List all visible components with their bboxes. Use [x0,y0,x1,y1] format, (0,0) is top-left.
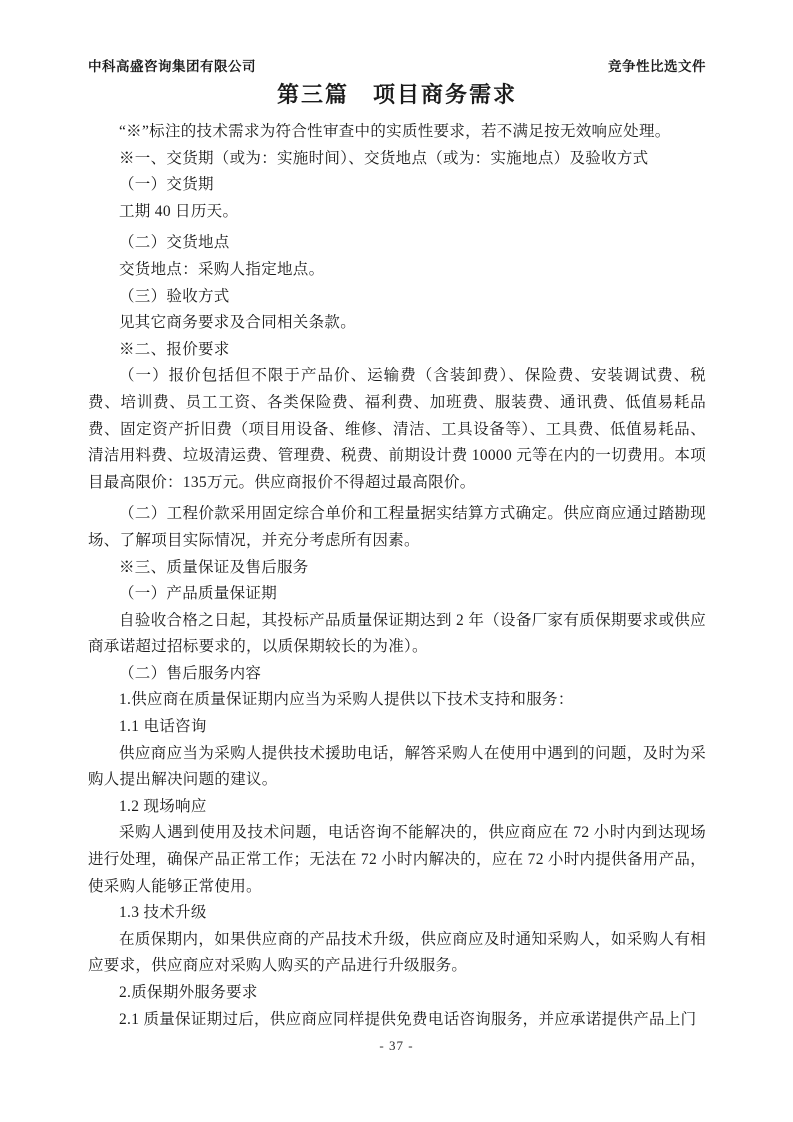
heading-acceptance-method: （三）验收方式 [88,284,706,311]
paragraph-note-substantive-requirement: “※”标注的技术需求为符合性审查中的实质性要求，若不满足按无效响应处理。 [88,119,706,146]
heading-phone-consultation: 1.1 电话咨询 [88,714,706,741]
header-company-name: 中科高盛咨询集团有限公司 [88,58,256,76]
heading-technical-upgrade: 1.3 技术升级 [88,900,706,927]
page-header: 中科高盛咨询集团有限公司 竞争性比选文件 [88,58,706,76]
section-title: 第三篇 项目商务需求 [88,80,706,110]
paragraph-warranty-period-detail: 自验收合格之日起，其投标产品质量保证期达到 2 年（设备厂家有质保期要求或供应商… [88,608,706,661]
paragraph-out-of-warranty-detail: 2.1 质量保证期过后，供应商应同样提供免费电话咨询服务，并应承诺提供产品上门 [88,1007,706,1034]
heading-delivery-period: （一）交货期 [88,172,706,199]
heading-quotation-requirements: ※二、报价要求 [88,337,706,364]
document-body: “※”标注的技术需求为符合性审查中的实质性要求，若不满足按无效响应处理。 ※一、… [88,119,706,1033]
heading-delivery-terms: ※一、交货期（或为：实施时间）、交货地点（或为：实施地点）及验收方式 [88,146,706,173]
paragraph-technical-upgrade-detail: 在质保期内，如果供应商的产品技术升级，供应商应及时通知采购人，如采购人有相应要求… [88,927,706,980]
paragraph-support-services-intro: 1.供应商在质量保证期内应当为采购人提供以下技术支持和服务： [88,687,706,714]
heading-product-warranty-period: （一）产品质量保证期 [88,581,706,608]
heading-delivery-place: （二）交货地点 [88,230,706,257]
paragraph-phone-consultation-detail: 供应商应当为采购人提供技术援助电话，解答采购人在使用中遇到的问题，及时为采购人提… [88,741,706,794]
heading-quality-assurance-service: ※三、质量保证及售后服务 [88,555,706,582]
paragraph-acceptance-method-value: 见其它商务要求及合同相关条款。 [88,310,706,337]
paragraph-delivery-period-value: 工期 40 日历天。 [88,199,706,226]
paragraph-quotation-scope: （一）报价包括但不限于产品价、运输费（含装卸费）、保险费、安装调试费、税费、培训… [88,363,706,496]
heading-out-of-warranty-service: 2.质保期外服务要求 [88,980,706,1007]
header-doc-type: 竞争性比选文件 [608,58,706,76]
page-number: - 37 - [0,1038,793,1054]
paragraph-delivery-place-value: 交货地点：采购人指定地点。 [88,257,706,284]
heading-after-sales-content: （二）售后服务内容 [88,661,706,688]
document-page: 中科高盛咨询集团有限公司 竞争性比选文件 第三篇 项目商务需求 “※”标注的技术… [0,0,793,1122]
heading-onsite-response: 1.2 现场响应 [88,794,706,821]
paragraph-pricing-settlement: （二）工程价款采用固定综合单价和工程量据实结算方式确定。供应商应通过踏勘现场、了… [88,501,706,554]
paragraph-onsite-response-detail: 采购人遇到使用及技术问题，电话咨询不能解决的，供应商应在 72 小时内到达现场进… [88,820,706,900]
